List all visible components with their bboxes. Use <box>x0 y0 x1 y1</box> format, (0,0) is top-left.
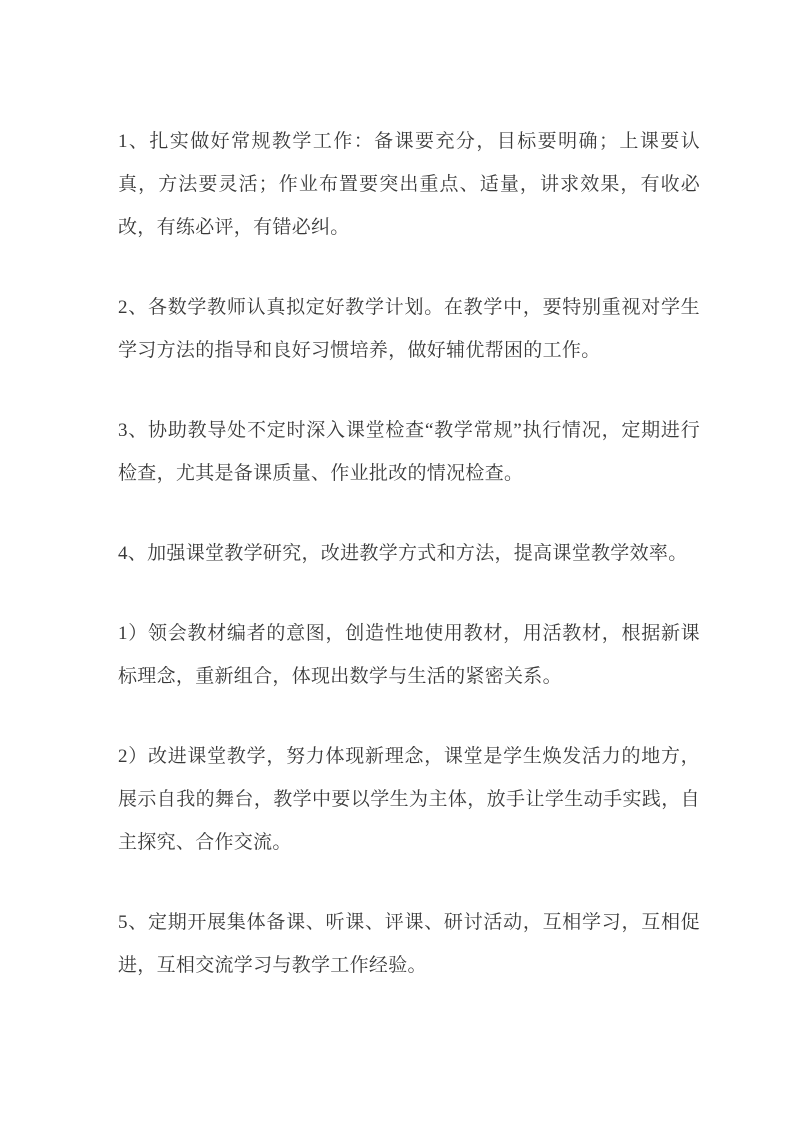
paragraph-6: 2）改进课堂教学，努力体现新理念，课堂是学生焕发活力的地方，展示自我的舞台，教学… <box>118 735 700 864</box>
paragraph-4: 4、加强课堂教学研究，改进教学方式和方法，提高课堂教学效率。 <box>118 532 700 575</box>
paragraph-1: 1、扎实做好常规教学工作：备课要充分，目标要明确；上课要认真，方法要灵活；作业布… <box>118 120 700 249</box>
paragraph-2: 2、各数学教师认真拟定好教学计划。在教学中，要特别重视对学生学习方法的指导和良好… <box>118 286 700 372</box>
paragraph-3: 3、协助教导处不定时深入课堂检查“教学常规”执行情况，定期进行检查，尤其是备课质… <box>118 409 700 495</box>
paragraph-7: 5、定期开展集体备课、听课、评课、研讨活动，互相学习，互相促进，互相交流学习与教… <box>118 901 700 987</box>
document-page: 1、扎实做好常规教学工作：备课要充分，目标要明确；上课要认真，方法要灵活；作业布… <box>0 0 793 1122</box>
paragraph-5: 1）领会教材编者的意图，创造性地使用教材，用活教材，根据新课标理念，重新组合，体… <box>118 612 700 698</box>
document-body: 1、扎实做好常规教学工作：备课要充分，目标要明确；上课要认真，方法要灵活；作业布… <box>118 120 700 987</box>
